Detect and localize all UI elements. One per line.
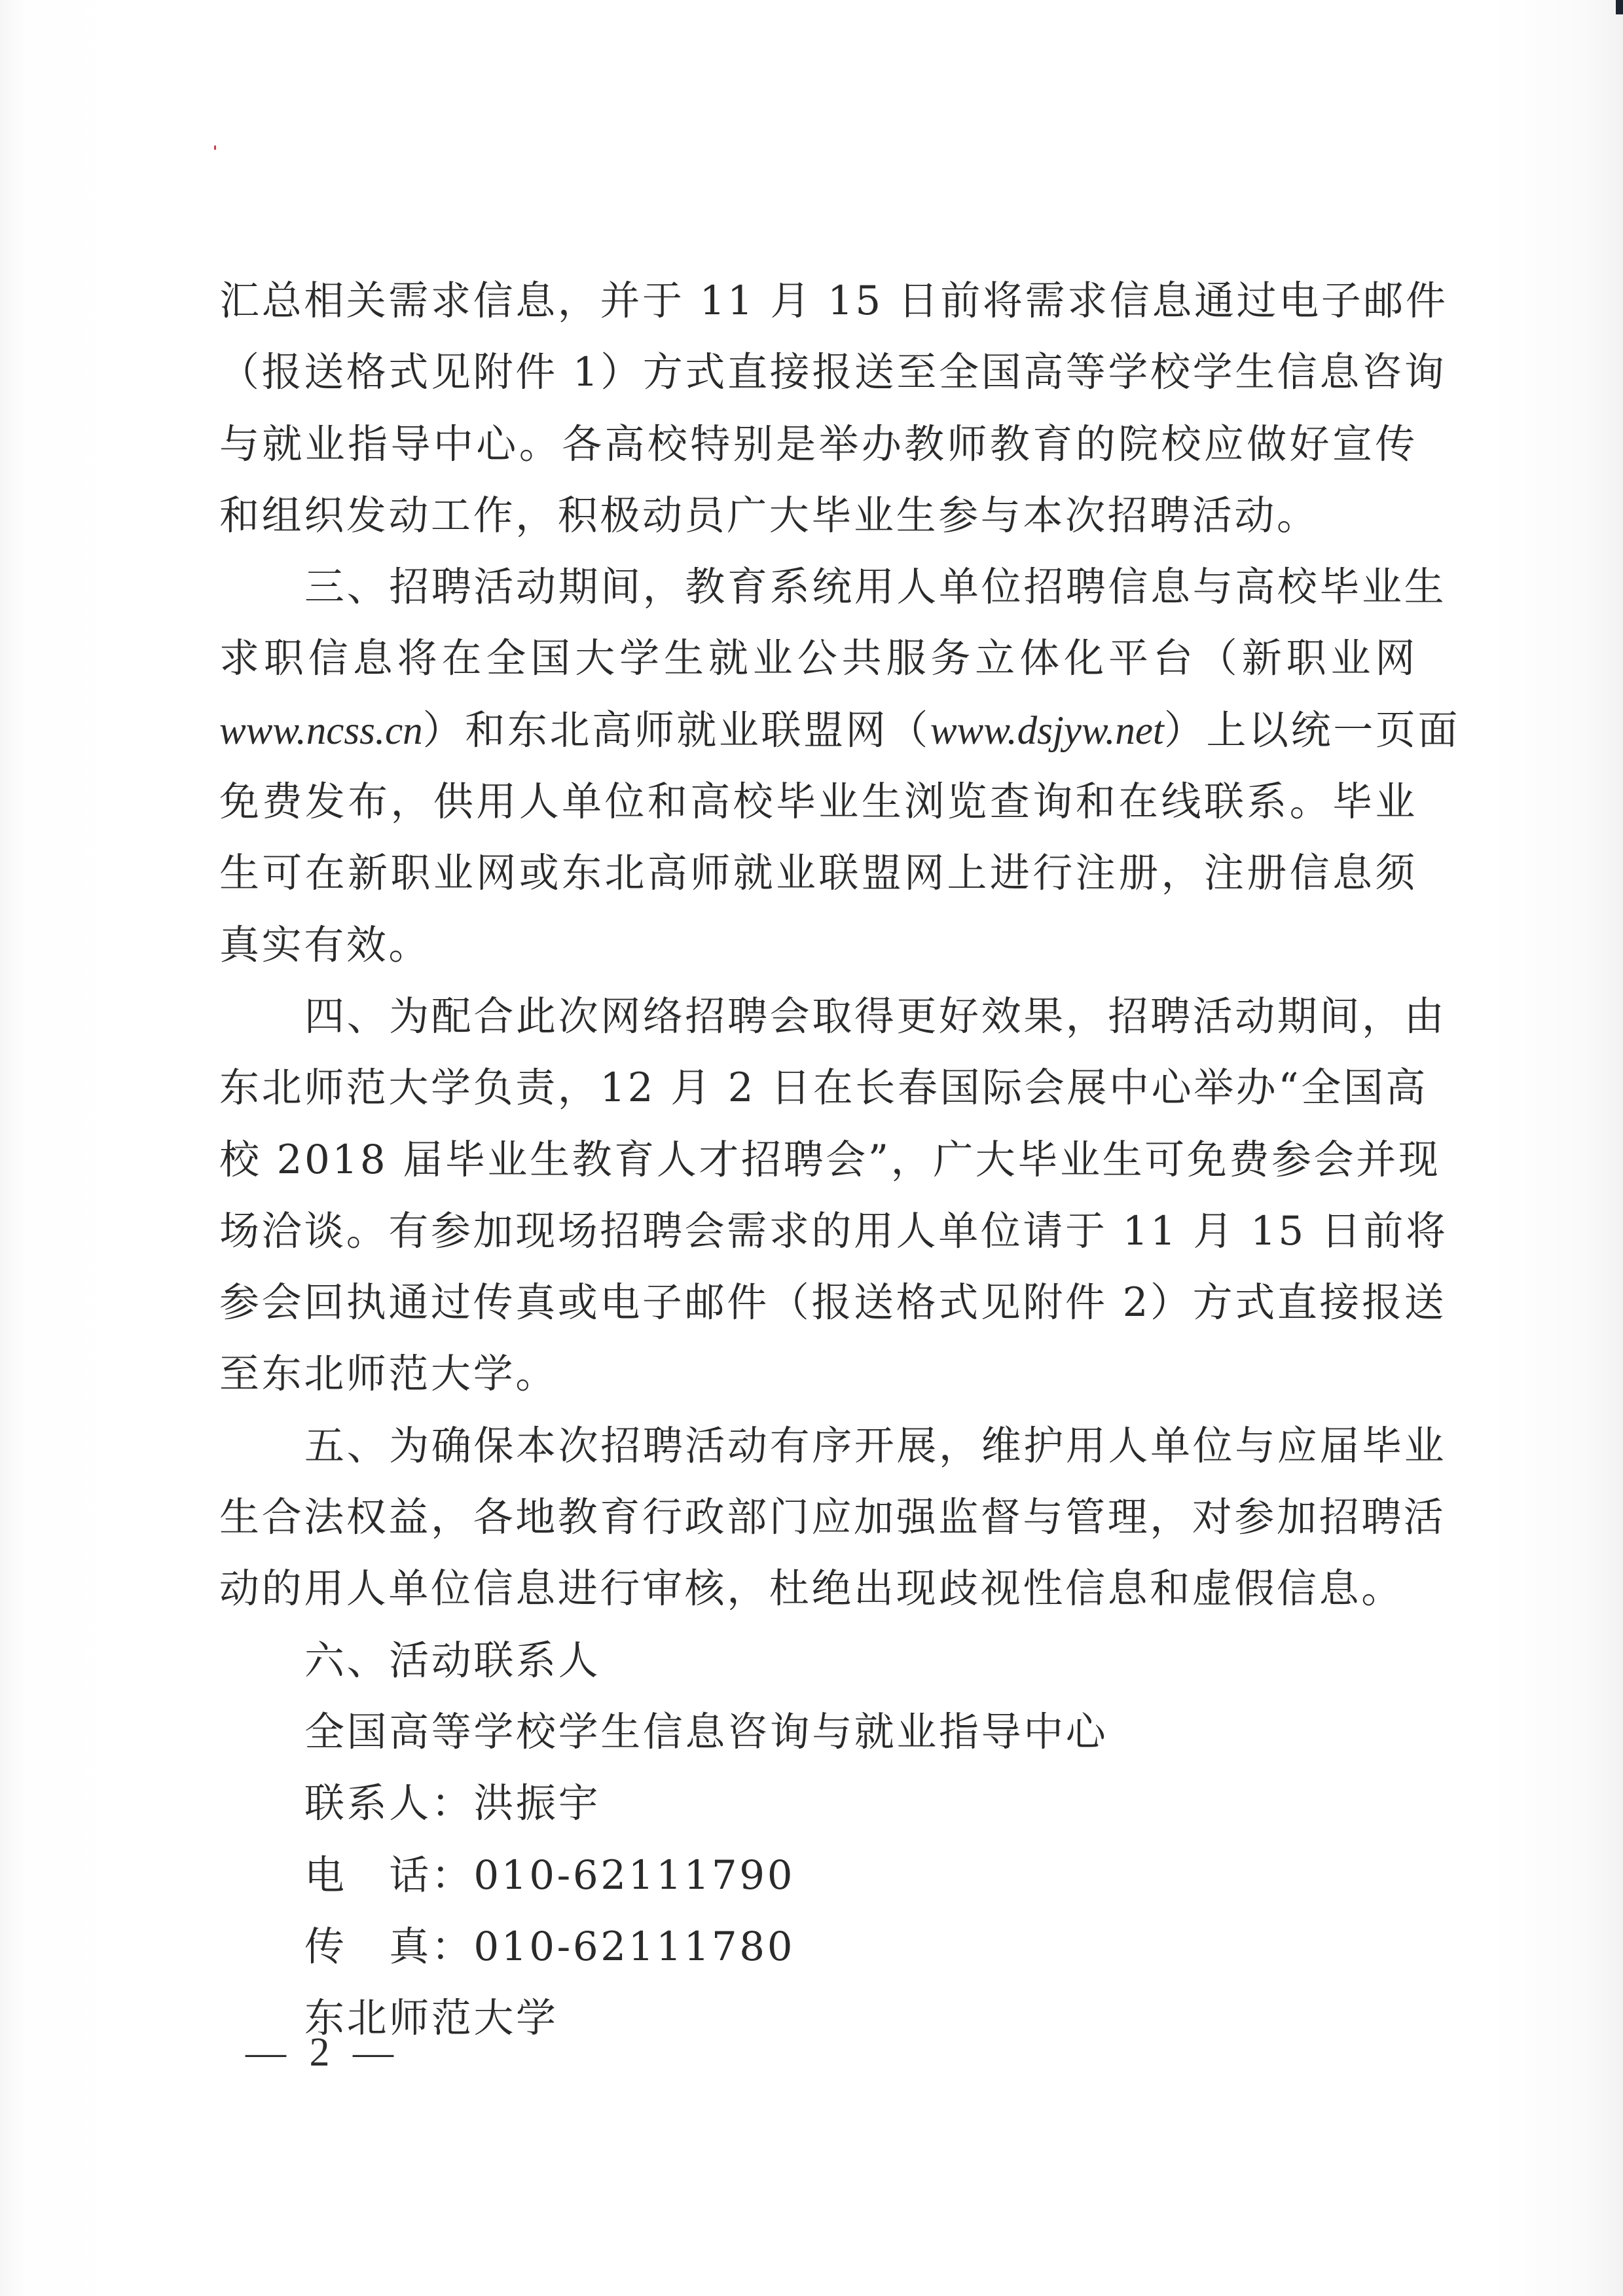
section-6-contacts: 六、活动联系人 全国高等学校学生信息咨询与就业指导中心 联系人：洪振宇 电 话：… <box>219 1625 1417 2054</box>
text-line: 生合法权益，各地教育行政部门应加强监督与管理，对参加招聘活 <box>219 1482 1417 1553</box>
red-ink-speck <box>214 145 216 150</box>
text-line: 动的用人单位信息进行审核，杜绝出现歧视性信息和虚假信息。 <box>219 1553 1417 1624</box>
text-line: 生可在新职业网或东北高师就业联盟网上进行注册，注册信息须 <box>219 837 1417 909</box>
text-line: （报送格式见附件 1）方式直接报送至全国高等学校学生信息咨询 <box>219 337 1417 408</box>
url-dsjyw: www.dsjyw.net <box>930 709 1164 753</box>
paragraph-section-3: 三、招聘活动期间，教育系统用人单位招聘信息与高校毕业生 求职信息将在全国大学生就… <box>219 551 1417 981</box>
text-line: 免费发布，供用人单位和高校毕业生浏览查询和在线联系。毕业 <box>219 766 1417 837</box>
contact-phone: 电 话：010-62111790 <box>219 1840 1417 1911</box>
paragraph-section-4: 四、为配合此次网络招聘会取得更好效果，招聘活动期间，由 东北师范大学负责，12 … <box>219 981 1417 1410</box>
scanned-page: 汇总相关需求信息，并于 11 月 15 日前将需求信息通过电子邮件 （报送格式见… <box>0 0 1623 2296</box>
paragraph-section-5: 五、为确保本次招聘活动有序开展，维护用人单位与应届毕业 生合法权益，各地教育行政… <box>219 1410 1417 1625</box>
text-line: 参会回执通过传真或电子邮件（报送格式见附件 2）方式直接报送 <box>219 1267 1417 1338</box>
text-line: 和组织发动工作，积极动员广大毕业生参与本次招聘活动。 <box>219 480 1417 551</box>
section-heading: 六、活动联系人 <box>219 1625 1417 1696</box>
text-line: 与就业指导中心。各高校特别是举办教师教育的院校应做好宣传 <box>219 409 1417 480</box>
text-line-with-urls: www.ncss.cn）和东北高师就业联盟网（www.dsjyw.net）上以统… <box>219 695 1417 766</box>
text-line: 场洽谈。有参加现场招聘会需求的用人单位请于 11 月 15 日前将 <box>219 1195 1417 1267</box>
text-fragment: ）上以统一页面 <box>1164 707 1460 754</box>
url-ncss: www.ncss.cn <box>219 709 423 753</box>
text-line: 五、为确保本次招聘活动有序开展，维护用人单位与应届毕业 <box>219 1410 1417 1482</box>
contact-organization: 全国高等学校学生信息咨询与就业指导中心 <box>219 1696 1417 1768</box>
contact-fax: 传 真：010-62111780 <box>219 1911 1417 1982</box>
document-body: 汇总相关需求信息，并于 11 月 15 日前将需求信息通过电子邮件 （报送格式见… <box>219 265 1417 2054</box>
text-line: 东北师范大学负责，12 月 2 日在长春国际会展中心举办“全国高 <box>219 1052 1417 1123</box>
page-number: — 2 — <box>246 2030 400 2076</box>
text-line: 至东北师范大学。 <box>219 1338 1417 1410</box>
contact-person: 联系人：洪振宇 <box>219 1768 1417 1839</box>
text-line: 四、为配合此次网络招聘会取得更好效果，招聘活动期间，由 <box>219 981 1417 1052</box>
scan-edge-mark <box>1616 0 1623 14</box>
text-line: 校 2018 届毕业生教育人才招聘会”，广大毕业生可免费参会并现 <box>219 1124 1417 1195</box>
text-fragment: ）和东北高师就业联盟网（ <box>423 707 930 754</box>
text-line: 汇总相关需求信息，并于 11 月 15 日前将需求信息通过电子邮件 <box>219 265 1417 337</box>
text-line: 真实有效。 <box>219 909 1417 981</box>
text-line: 三、招聘活动期间，教育系统用人单位招聘信息与高校毕业生 <box>219 551 1417 623</box>
text-line: 求职信息将在全国大学生就业公共服务立体化平台（新职业网 <box>219 623 1417 694</box>
paragraph-section-2-continued: 汇总相关需求信息，并于 11 月 15 日前将需求信息通过电子邮件 （报送格式见… <box>219 265 1417 551</box>
